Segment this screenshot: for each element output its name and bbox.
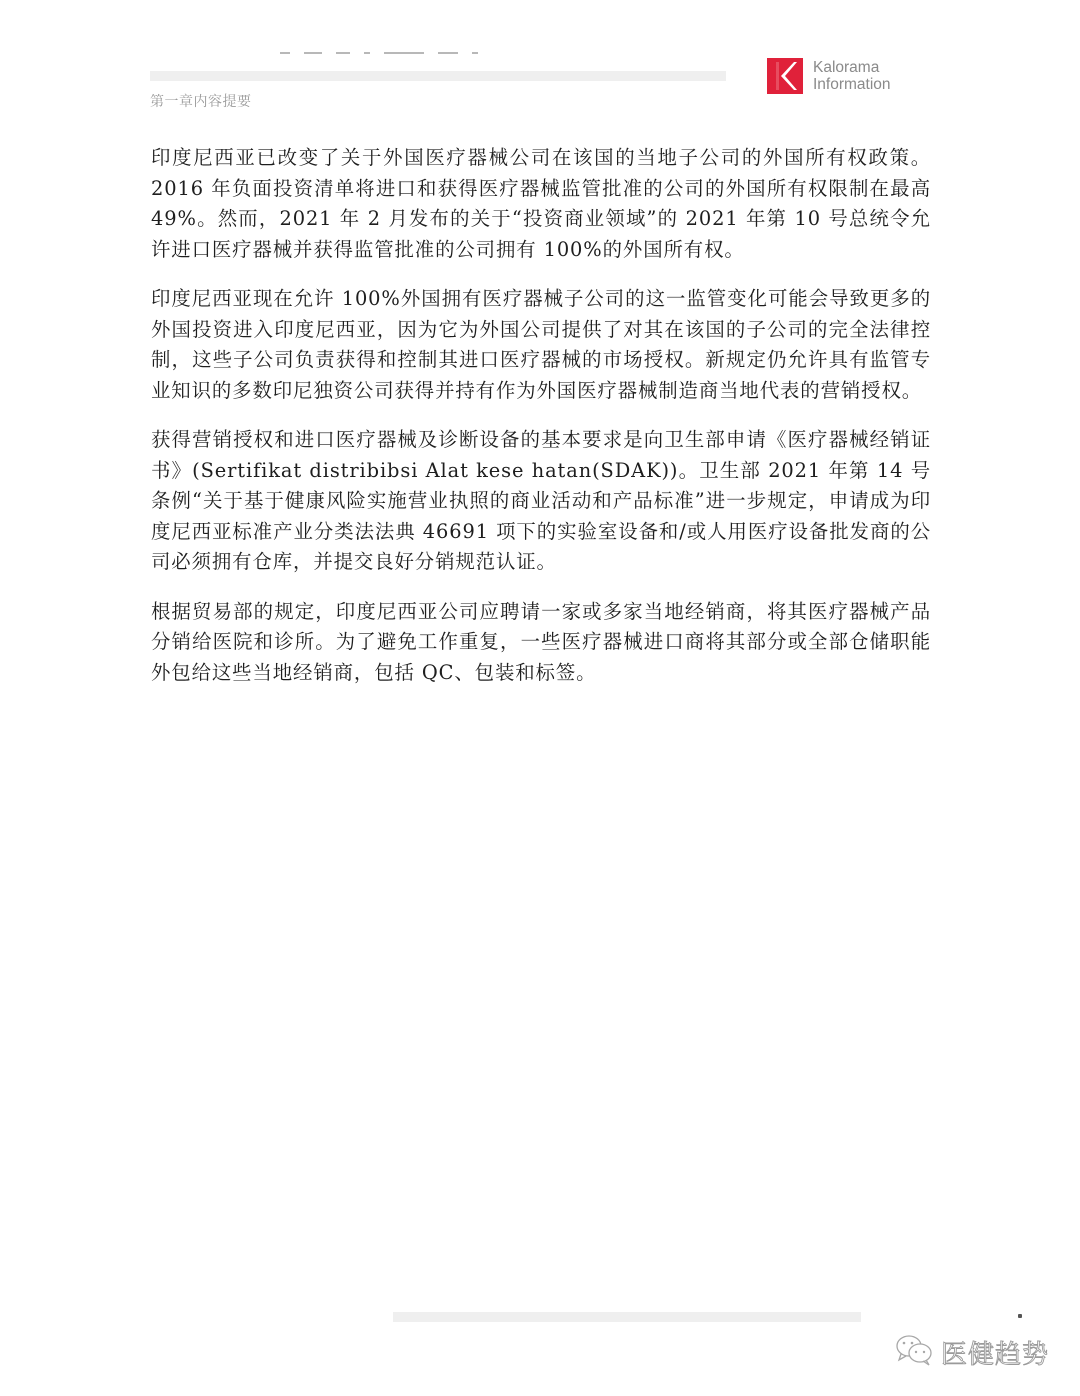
kalorama-wordmark: Kalorama Information	[813, 59, 891, 93]
wechat-watermark: 医健趋势	[895, 1333, 1049, 1371]
header-divider-bar	[150, 71, 726, 81]
wechat-icon	[895, 1333, 935, 1371]
watermark-label: 医健趋势	[941, 1334, 1049, 1371]
header-residue-text	[280, 50, 550, 56]
kalorama-logo: Kalorama Information	[767, 58, 891, 94]
kalorama-k-icon	[767, 58, 803, 94]
logo-line-1: Kalorama	[813, 59, 891, 76]
footer-divider-bar	[393, 1312, 861, 1322]
page-number-mark	[1018, 1314, 1022, 1318]
document-body: 印度尼西亚已改变了关于外国医疗器械公司在该国的当地子公司的外国所有权政策。201…	[151, 143, 931, 707]
paragraph-sdak-requirements: 获得营销授权和进口医疗器械及诊断设备的基本要求是向卫生部申请《医疗器械经销证书》…	[151, 425, 931, 578]
logo-line-2: Information	[813, 76, 891, 93]
paragraph-regulatory-change: 印度尼西亚现在允许 100%外国拥有医疗器械子公司的这一监管变化可能会导致更多的…	[151, 284, 931, 406]
paragraph-ownership-policy: 印度尼西亚已改变了关于外国医疗器械公司在该国的当地子公司的外国所有权政策。201…	[151, 143, 931, 265]
paragraph-local-distributors: 根据贸易部的规定，印度尼西亚公司应聘请一家或多家当地经销商，将其医疗器械产品分销…	[151, 597, 931, 689]
chapter-label: 第一章内容提要	[150, 91, 252, 111]
